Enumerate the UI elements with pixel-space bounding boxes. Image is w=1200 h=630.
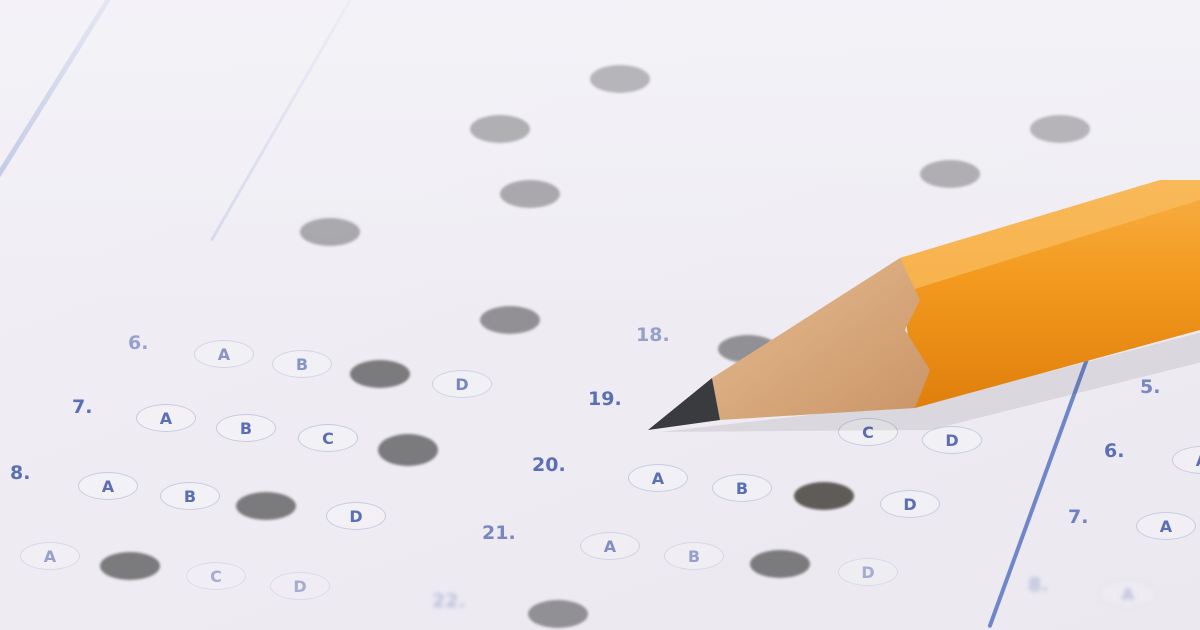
question-number: 22.	[432, 590, 466, 612]
bubble: A	[78, 472, 138, 500]
filled-bubble	[750, 550, 810, 578]
filled-bubble	[100, 552, 160, 580]
answer-sheet-photo: 6. A B D 7. A B C 8. A B D A C D 18. 19.…	[0, 0, 1200, 630]
bubble: B	[160, 482, 220, 510]
bubble: D	[838, 558, 898, 586]
bubble: B	[712, 474, 772, 502]
bubble: C	[186, 562, 246, 590]
filled-bubble	[378, 434, 438, 466]
question-number: 6.	[1104, 440, 1124, 462]
filled-bubble	[350, 360, 410, 388]
filled-bubble	[1030, 115, 1090, 143]
pencil-icon	[630, 180, 1200, 440]
bubble: D	[270, 572, 330, 600]
question-number: 7.	[1068, 506, 1088, 528]
bubble: D	[432, 370, 492, 398]
bubble: A	[194, 340, 254, 368]
bubble: C	[298, 424, 358, 452]
filled-bubble	[480, 306, 540, 334]
bubble: A	[1172, 446, 1200, 474]
bubble: D	[880, 490, 940, 518]
filled-bubble	[590, 65, 650, 93]
filled-bubble	[236, 492, 296, 520]
sheet-rule-line	[210, 0, 363, 241]
question-number: 19.	[588, 388, 622, 410]
question-number: 21.	[482, 522, 516, 544]
bubble: A	[1098, 580, 1158, 608]
bubble: D	[326, 502, 386, 530]
question-number: 6.	[128, 332, 148, 354]
question-number: 20.	[532, 454, 566, 476]
bubble: A	[580, 532, 640, 560]
filled-bubble	[528, 600, 588, 628]
bubble: B	[272, 350, 332, 378]
bubble: B	[216, 414, 276, 442]
question-number: 8.	[10, 462, 30, 484]
filled-bubble	[500, 180, 560, 208]
bubble: A	[136, 404, 196, 432]
question-number: 7.	[72, 396, 92, 418]
bubble: A	[628, 464, 688, 492]
bubble: A	[20, 542, 80, 570]
filled-bubble	[300, 218, 360, 246]
filled-bubble	[470, 115, 530, 143]
sheet-rule-line	[0, 0, 134, 404]
filled-bubble	[794, 482, 854, 510]
question-number: 8.	[1028, 574, 1048, 596]
bubble: B	[664, 542, 724, 570]
bubble: A	[1136, 512, 1196, 540]
